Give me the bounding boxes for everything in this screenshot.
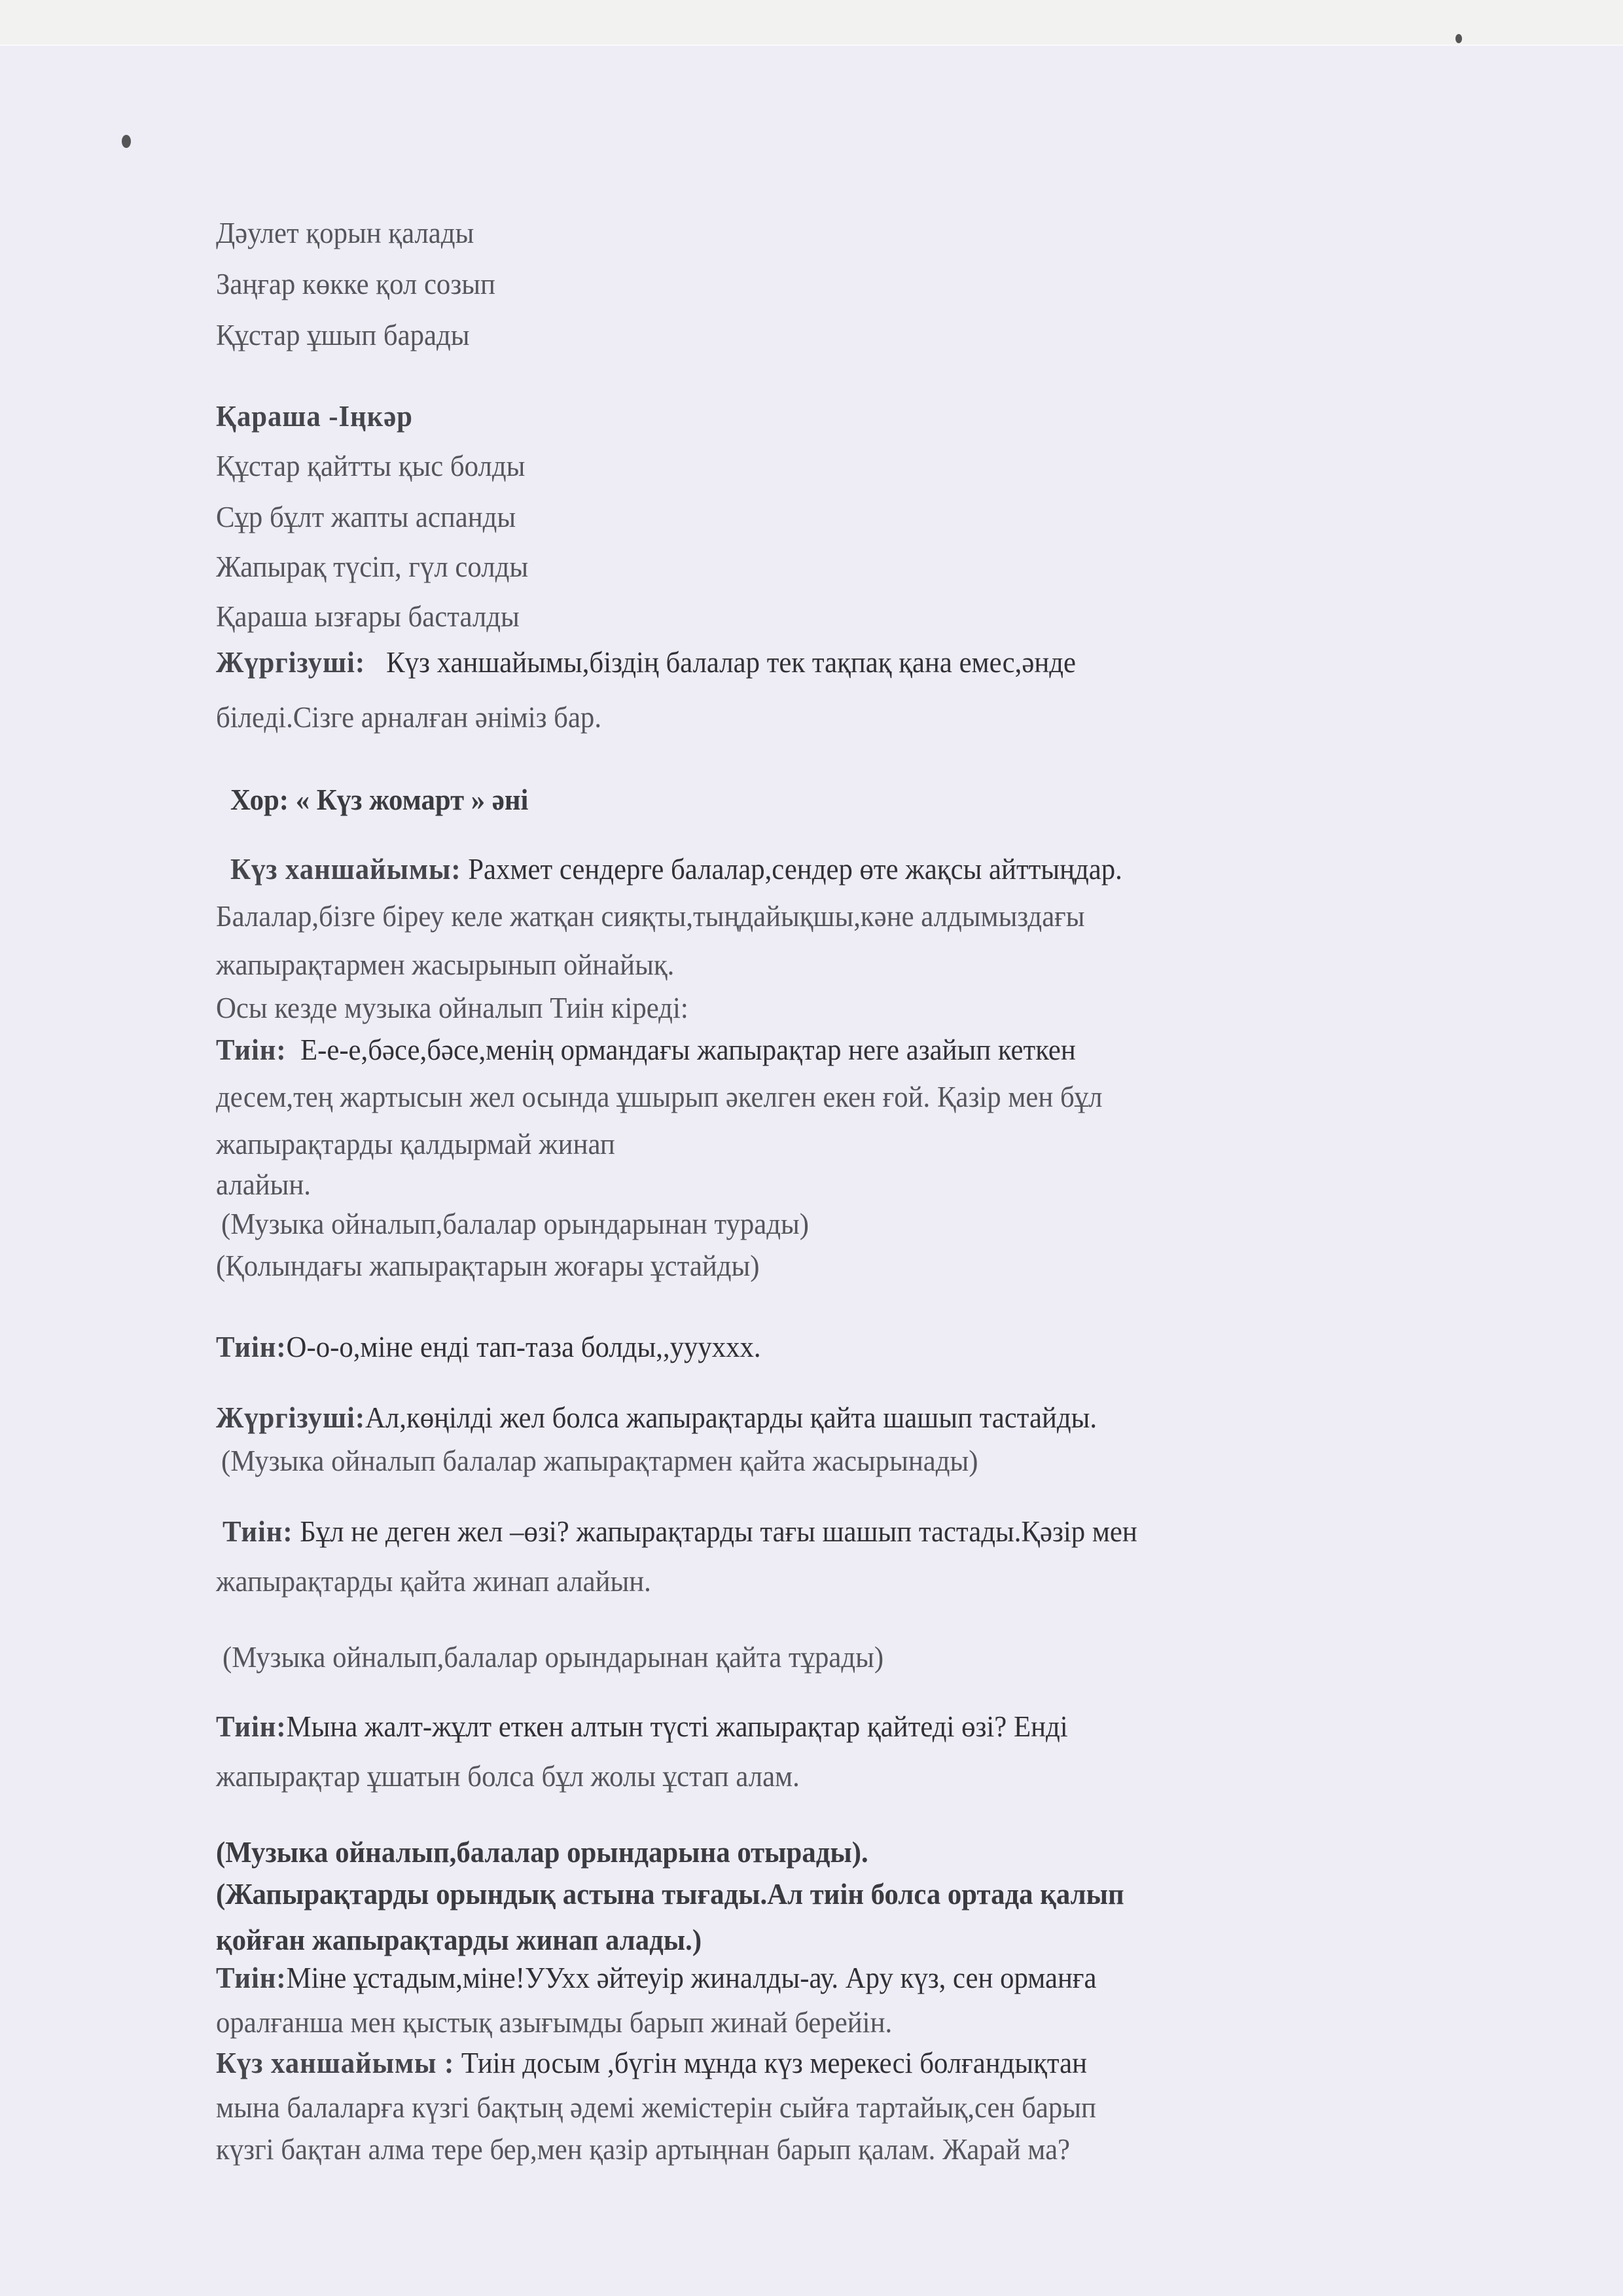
- paragraph-line: Тиін: Е-е-е,бəсе,бəсе,менің ормандағы жа…: [216, 1031, 1076, 1068]
- dialogue-text: Рахмет сендерге балалар,сендер өте жақсы…: [468, 852, 1122, 886]
- paragraph-line: жапырақтармен жасырынып ойнайық.: [216, 946, 674, 983]
- verse-line: Қараша ызғары басталды: [216, 598, 520, 635]
- stage-direction: (Музыка ойналып балалар жапырақтармен қа…: [221, 1443, 978, 1479]
- speaker-label: Жүргізуші:: [216, 1401, 365, 1434]
- verse-title: Қараша -Іңкəр: [216, 398, 413, 435]
- stage-direction: (Музыка ойналып,балалар орындарынан қайт…: [223, 1639, 883, 1676]
- paragraph-line: Тиін: Бұл не деген жел –өзі? жапырақтард…: [223, 1513, 1137, 1550]
- stage-direction: (Музыка ойналып,балалар орындарына отыра…: [216, 1834, 868, 1871]
- dialogue-text: О-о-о,міне енді тап-таза болды,,уууххх.: [287, 1330, 761, 1363]
- paragraph-line: алайын.: [216, 1166, 311, 1203]
- paragraph-line: жапырақтар ұшатын болса бұл жолы ұстап а…: [216, 1758, 800, 1795]
- document-page: Дəулет қорын қалады Заңғар көкке қол соз…: [0, 0, 1623, 2296]
- verse-line: Құстар қайтты қыс болды: [216, 448, 525, 484]
- paragraph-line: жапырақтарды қалдырмай жинап: [216, 1126, 615, 1162]
- verse-line: Заңғар көкке қол созып: [216, 266, 495, 302]
- paragraph-line: Күз ханшайымы : Тиін досым ,бүгін мұнда …: [216, 2045, 1087, 2081]
- paragraph-line: Тиін:Міне ұстадым,міне!УУхх əйтеуір жина…: [216, 1960, 1096, 1996]
- verse-line: Жапырақ түсіп, гүл солды: [216, 548, 528, 585]
- paragraph-line: біледі.Сізге арналған əніміз бар.: [216, 699, 601, 736]
- verse-line: Сұр бұлт жапты аспанды: [216, 499, 516, 535]
- dialogue-text: Бұл не деген жел –өзі? жапырақтарды тағы…: [300, 1515, 1137, 1548]
- dialogue-text: Мына жалт-жұлт еткен алтын түсті жапырақ…: [287, 1710, 1068, 1743]
- speaker-label: Тиін:: [216, 1330, 287, 1363]
- paragraph-line: күзгі бақтан алма тере бер,мен қазір арт…: [216, 2131, 1070, 2168]
- verse-line: Дəулет қорын қалады: [216, 215, 474, 251]
- dialogue-text: Е-е-е,бəсе,бəсе,менің ормандағы жапырақт…: [300, 1033, 1076, 1066]
- stage-direction: (Музыка ойналып,балалар орындарынан тура…: [221, 1206, 809, 1242]
- speaker-label: Тиін:: [216, 1710, 287, 1743]
- paragraph-line: десем,тең жартысын жел осында ұшырып əке…: [216, 1079, 1102, 1115]
- stage-direction: (Қолындағы жапырақтарын жоғары ұстайды): [216, 1247, 760, 1284]
- paragraph-line: Тиін:Мына жалт-жұлт еткен алтын түсті жа…: [216, 1708, 1068, 1745]
- speaker-label: Тиін:: [223, 1515, 293, 1548]
- paragraph-line: Балалар,бізге біреу келе жатқан сияқты,т…: [216, 898, 1084, 935]
- paragraph-line: оралғанша мен қыстық азығымды барып жина…: [216, 2004, 892, 2041]
- paragraph-line: Жүргізуші: Күз ханшайымы,біздің балалар …: [216, 644, 1076, 681]
- song-heading: Хор: « Күз жомарт » əні: [230, 781, 528, 818]
- speaker-label: Жүргізуші:: [216, 645, 365, 679]
- paragraph-line: мына балаларға күзгі бақтың əдемі жеміст…: [216, 2089, 1096, 2126]
- paragraph-line: жапырақтарды қайта жинап алайын.: [216, 1563, 651, 1600]
- stage-direction: қойған жапырақтарды жинап алады.): [216, 1922, 702, 1958]
- verse-line: Құстар ұшып барады: [216, 317, 470, 353]
- speaker-label: Тиін:: [216, 1033, 287, 1066]
- stage-direction: (Жапырақтарды орындық астына тығады.Ал т…: [216, 1876, 1124, 1912]
- paragraph-line: Осы кезде музыка ойналып Тиін кіреді:: [216, 990, 688, 1026]
- dialogue-text: Міне ұстадым,міне!УУхх əйтеуір жиналды-а…: [287, 1961, 1097, 1994]
- dialogue-text: Тиін досым ,бүгін мұнда күз мерекесі бол…: [461, 2046, 1087, 2079]
- dialogue-text: Ал,көңілді жел болса жапырақтарды қайта …: [365, 1401, 1097, 1434]
- paragraph-line: Күз ханшайымы: Рахмет сендерге балалар,с…: [230, 851, 1122, 888]
- paragraph-line: Тиін:О-о-о,міне енді тап-таза болды,,ууу…: [216, 1329, 761, 1365]
- dialogue-text: Күз ханшайымы,біздің балалар тек тақпақ …: [386, 645, 1076, 679]
- paragraph-line: Жүргізуші:Ал,көңілді жел болса жапырақта…: [216, 1399, 1097, 1436]
- speaker-label: Тиін:: [216, 1961, 287, 1994]
- speaker-label: Күз ханшайымы :: [216, 2046, 454, 2079]
- speaker-label: Күз ханшайымы:: [230, 852, 461, 886]
